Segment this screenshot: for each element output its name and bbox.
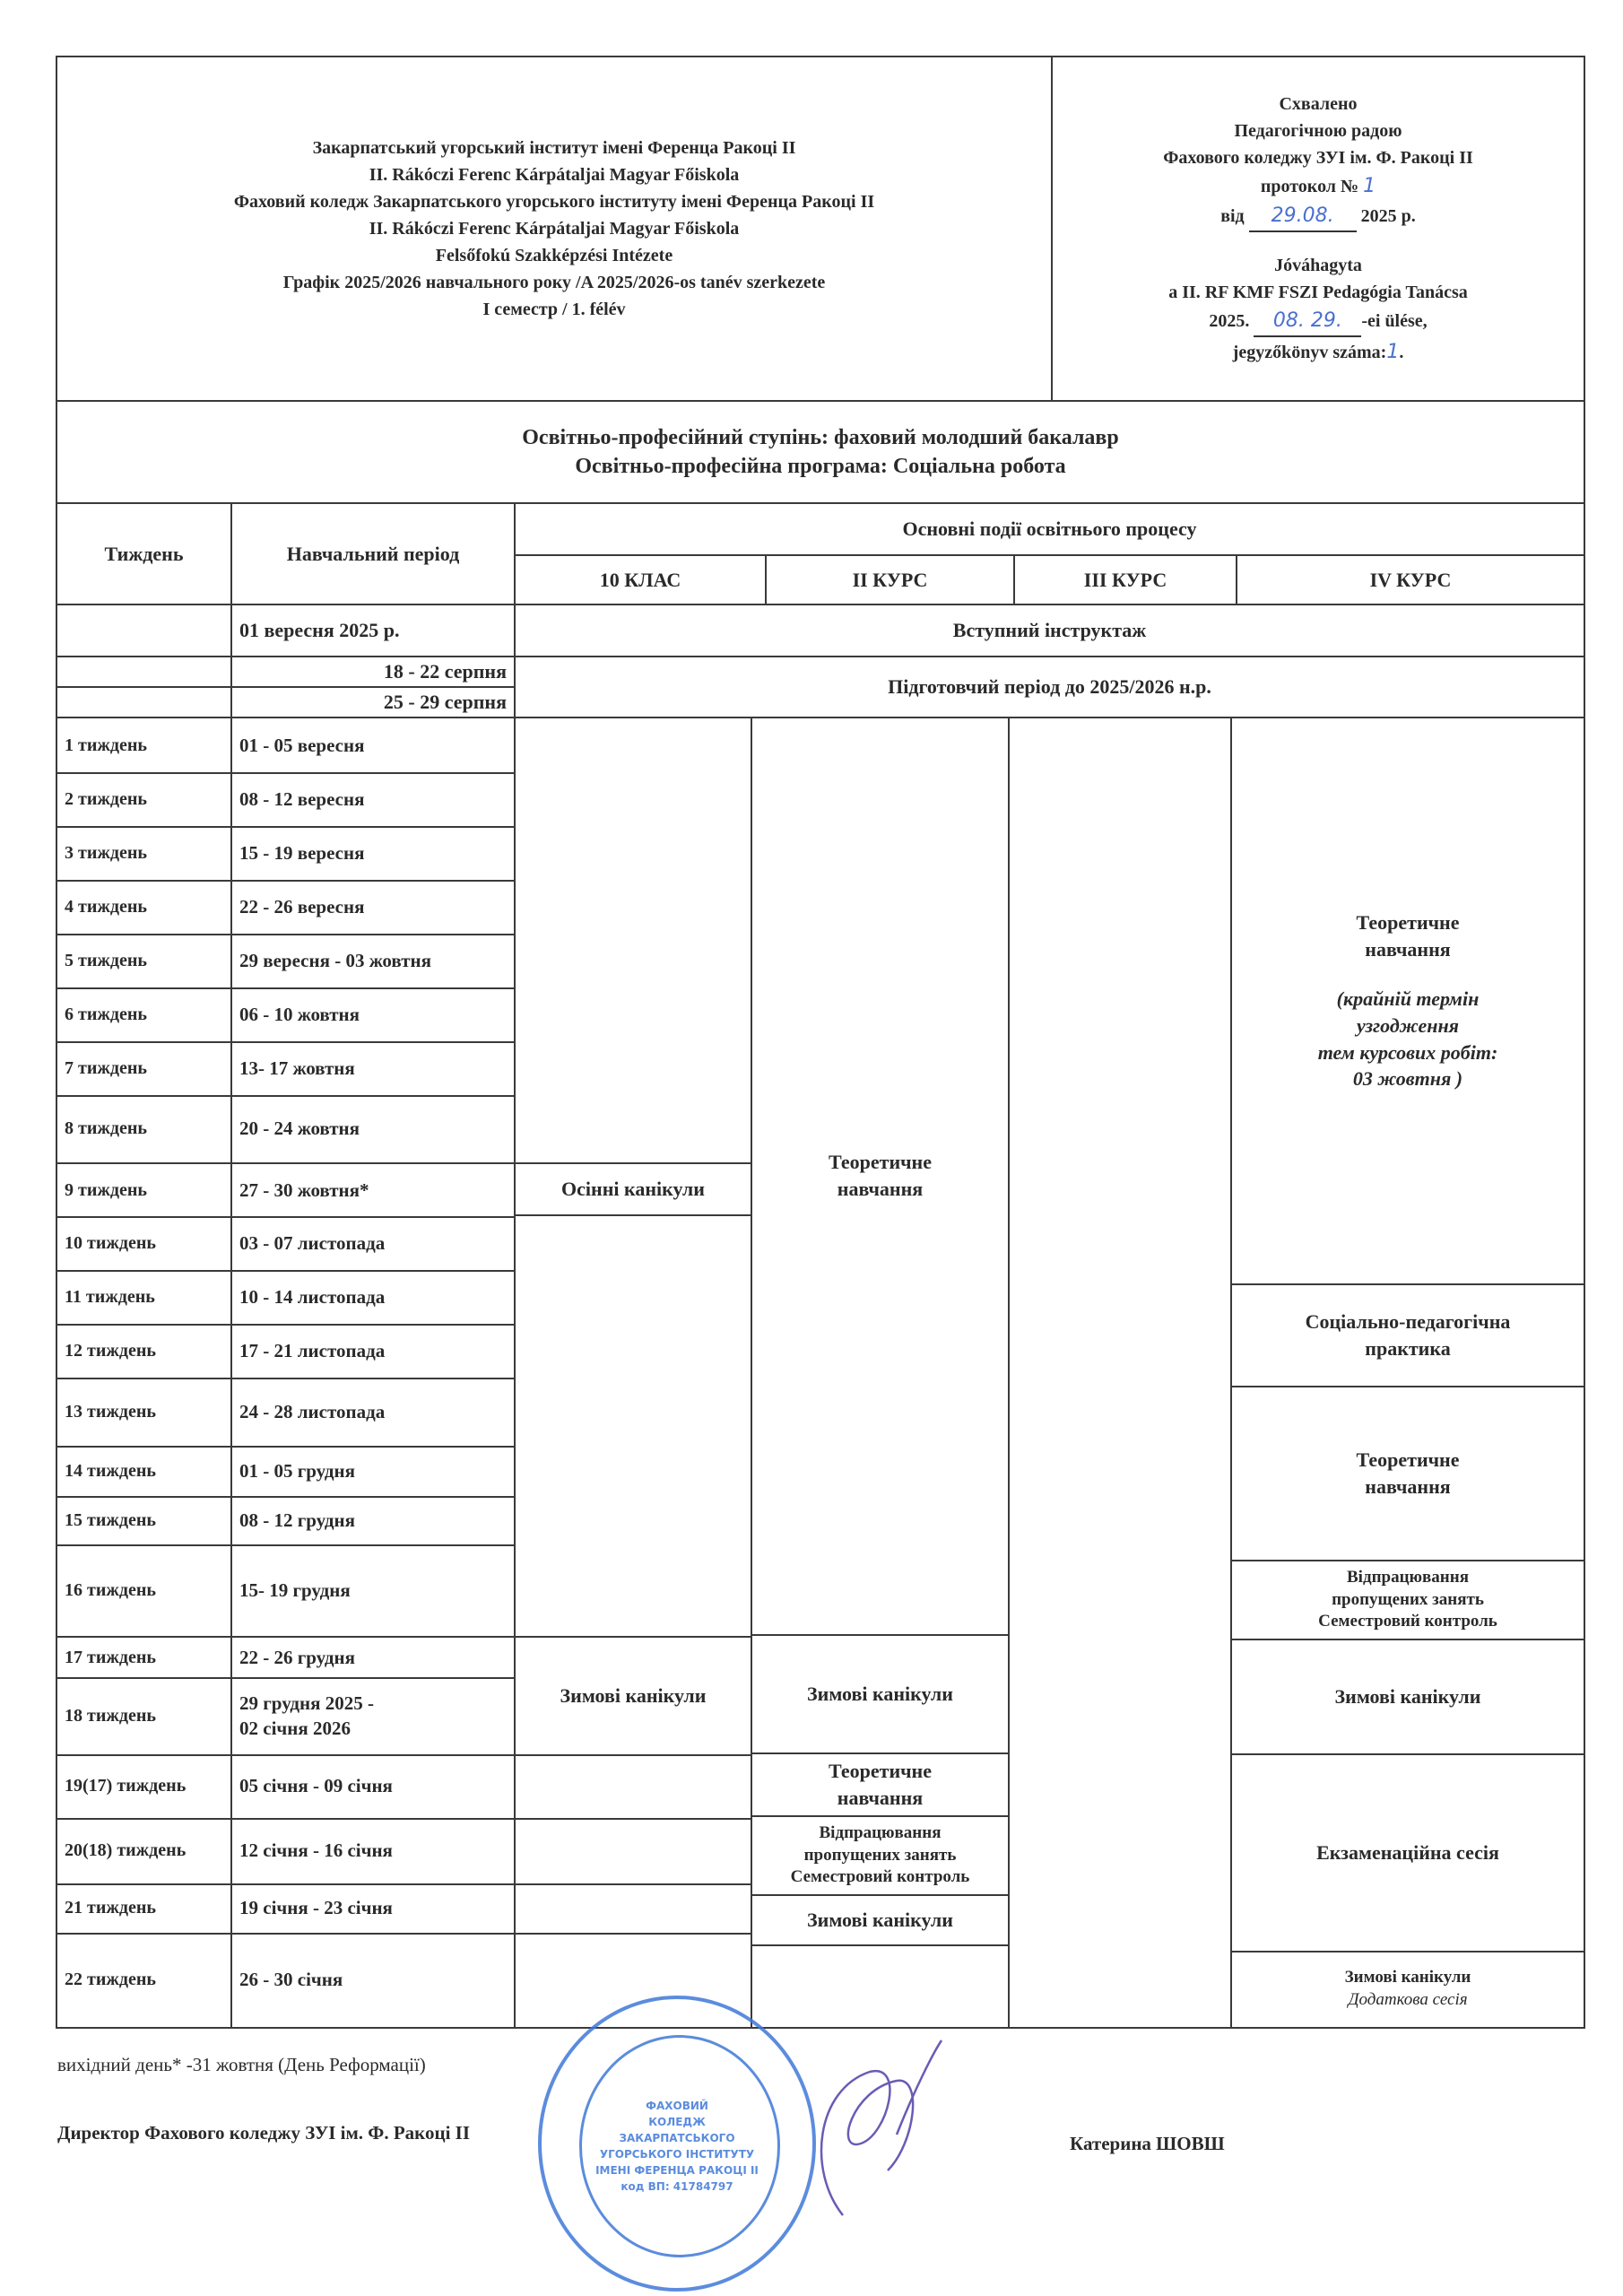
week-period: 15- 19 грудня — [232, 1544, 514, 1636]
protocol-line: jegyzőkönyv száma:1. — [1233, 337, 1404, 367]
week-label: 12 тиждень — [57, 1324, 230, 1378]
week-period: 20 - 24 жовтня — [232, 1095, 514, 1162]
border — [1584, 56, 1585, 2029]
week-period: 10 - 14 листопада — [232, 1270, 514, 1324]
prep-event: Підготовчий період до 2025/2026 н.р. — [516, 657, 1584, 717]
schedule-title: Графік 2025/2026 навчального року /A 202… — [283, 269, 826, 296]
event-text: Теоретичне — [1357, 1447, 1460, 1474]
column-divider — [1008, 717, 1010, 2027]
week-period: 17 - 21 листопада — [232, 1324, 514, 1378]
coursework-deadline: узгодження — [1357, 1013, 1459, 1039]
stamp-line: УГОРСЬКОГО ІНСТИТУТУ — [542, 2146, 812, 2162]
event-theory: Теоретичне навчання — [1232, 1387, 1584, 1560]
institution-line: Закарпатський угорський інститут імені Ф… — [313, 135, 796, 161]
week-label: 14 тиждень — [57, 1446, 230, 1496]
event-theory: Теоретичне навчання — [752, 1754, 1008, 1815]
event-makeup-control: Відпрацювання пропущених занять Семестро… — [752, 1817, 1008, 1894]
week-label: 22 тиждень — [57, 1933, 230, 2027]
prep-period: 25 - 29 серпня — [232, 688, 514, 717]
institution-line: II. Rákóczi Ferenc Kárpátaljai Magyar Fő… — [369, 161, 740, 188]
week-period: 26 - 30 січня — [232, 1933, 514, 2027]
week-period: 27 - 30 жовтня* — [232, 1164, 514, 1216]
event-makeup-control: Відпрацювання пропущених занять Семестро… — [1232, 1561, 1584, 1639]
stamp-line: код ВП: 41784797 — [542, 2179, 812, 2195]
week-label: 3 тиждень — [57, 826, 230, 880]
week-period: 24 - 28 листопада — [232, 1378, 514, 1446]
period-line: 02 січня 2026 — [239, 1716, 351, 1741]
program-info: Освітньо-професійний ступінь: фаховий мо… — [57, 402, 1584, 502]
week-label: 6 тиждень — [57, 987, 230, 1041]
week-period: 29 грудня 2025 -02 січня 2026 — [232, 1677, 514, 1754]
week-label: 8 тиждень — [57, 1095, 230, 1162]
approval-date: 29.08. — [1271, 204, 1334, 227]
date-line: від 29.08. 2025 р. — [1220, 201, 1416, 232]
event-text: Семестровий контроль — [791, 1866, 970, 1889]
group-header: ІІІ КУРС — [1015, 556, 1236, 604]
week-label: 2 тиждень — [57, 772, 230, 826]
stamp-line: ФАХОВИЙ — [542, 2098, 812, 2114]
intro-period: 01 вересня 2025 р. — [232, 605, 514, 656]
week-label: 5 тиждень — [57, 934, 230, 987]
event-text: Теоретичне — [1357, 909, 1460, 936]
group-header: IV КУРС — [1237, 556, 1584, 604]
event-text: навчання — [838, 1785, 923, 1812]
event-winter-additional: Зимові канікули Додаткова сесія — [1232, 1952, 1584, 2026]
event-autumn-break: Осінні канікули — [516, 1164, 751, 1214]
date-line: 2025. 08. 29.-ei ülése, — [1209, 306, 1427, 337]
event-text: Зимові канікули — [1345, 1967, 1471, 1989]
week-period: 22 - 26 грудня — [232, 1638, 514, 1677]
approval-block: Схвалено Педагогічною радою Фахового кол… — [1053, 57, 1584, 400]
group-header: ІІ КУРС — [767, 556, 1013, 604]
event-text: навчання — [1365, 1474, 1450, 1500]
event-exam-session: Екзаменаційна сесія — [1232, 1755, 1584, 1951]
group-header: 10 КЛАС — [516, 556, 765, 604]
semester-label: І семестр / 1. félév — [482, 296, 625, 323]
event-text: Теоретичне — [829, 1149, 932, 1176]
event-text: пропущених занять — [1332, 1589, 1484, 1612]
week-period: 29 вересня - 03 жовтня — [232, 934, 514, 987]
event-text: Відпрацювання — [820, 1822, 942, 1845]
border — [516, 1818, 751, 1820]
week-period: 03 - 07 листопада — [232, 1216, 514, 1270]
week-period: 13- 17 жовтня — [232, 1041, 514, 1095]
week-label: 17 тиждень — [57, 1638, 230, 1677]
header-week: Тиждень — [57, 504, 230, 604]
event-theory: Теоретичне навчання — [752, 718, 1008, 1633]
column-divider — [514, 502, 516, 2027]
signature — [789, 2036, 950, 2233]
week-period: 06 - 10 жовтня — [232, 987, 514, 1041]
approval-line: Jóváhagyta — [1274, 252, 1362, 279]
week-label: 11 тиждень — [57, 1270, 230, 1324]
week-period: 22 - 26 вересня — [232, 880, 514, 934]
stamp-line: ІМЕНІ ФЕРЕНЦА РАКОЦІ ІІ — [542, 2162, 812, 2179]
approval-line: Педагогічною радою — [1234, 117, 1402, 144]
event-text: навчання — [1365, 936, 1450, 963]
event-winter-break: Зимові канікули — [1232, 1640, 1584, 1753]
event-text: пропущених занять — [804, 1845, 957, 1867]
coursework-deadline: 03 жовтня ) — [1353, 1065, 1462, 1092]
education-programme: Освітньо-професійна програма: Соціальна … — [575, 452, 1065, 481]
week-period: 08 - 12 грудня — [232, 1496, 514, 1544]
border — [516, 1883, 751, 1885]
event-text: навчання — [838, 1176, 923, 1203]
coursework-deadline: (крайній термін — [1337, 986, 1480, 1013]
week-period: 05 січня - 09 січня — [232, 1754, 514, 1818]
week-label: 19(17) тиждень — [57, 1754, 230, 1818]
event-winter-break: Зимові канікули — [752, 1896, 1008, 1944]
coursework-deadline: тем курсових робіт: — [1318, 1039, 1498, 1066]
week-period: 01 - 05 вересня — [232, 718, 514, 772]
week-period: 01 - 05 грудня — [232, 1446, 514, 1496]
border — [752, 1944, 1008, 1946]
week-period: 19 січня - 23 січня — [232, 1883, 514, 1933]
institution-header: Закарпатський угорський інститут імені Ф… — [57, 57, 1051, 400]
event-practice: Соціально-педагогічна практика — [1232, 1285, 1584, 1386]
week-period: 08 - 12 вересня — [232, 772, 514, 826]
week-label: 10 тиждень — [57, 1216, 230, 1270]
institution-line: II. Rákóczi Ferenc Kárpátaljai Magyar Fő… — [369, 215, 740, 242]
education-level: Освітньо-професійний ступінь: фаховий мо… — [522, 423, 1118, 452]
week-label: 4 тиждень — [57, 880, 230, 934]
director-title: Директор Фахового коледжу ЗУІ ім. Ф. Рак… — [50, 2115, 606, 2151]
approval-date: 08. 29. — [1273, 309, 1342, 332]
week-label: 1 тиждень — [57, 718, 230, 772]
institution-line: Felsőfokú Szakképzési Intézete — [436, 242, 673, 269]
stamp-line: ЗАКАРПАТСЬКОГО — [542, 2130, 812, 2146]
week-label: 15 тиждень — [57, 1496, 230, 1544]
approval-line: Фахового коледжу ЗУІ ім. Ф. Ракоці ІІ — [1163, 144, 1473, 171]
week-label: 13 тиждень — [57, 1378, 230, 1446]
official-stamp: ФАХОВИЙ КОЛЕДЖ ЗАКАРПАТСЬКОГО УГОРСЬКОГО… — [538, 1996, 816, 2292]
period-line: 29 грудня 2025 - — [239, 1691, 374, 1716]
event-text: Семестровий контроль — [1318, 1611, 1497, 1633]
week-label: 21 тиждень — [57, 1883, 230, 1933]
protocol-number: 1 — [1363, 175, 1376, 197]
institution-line: Фаховий коледж Закарпатського угорського… — [234, 188, 874, 215]
week-period: 12 січня - 16 січня — [232, 1818, 514, 1883]
border — [516, 1933, 751, 1935]
border — [516, 1754, 751, 1756]
week-label: 7 тиждень — [57, 1041, 230, 1095]
event-text: практика — [1365, 1335, 1450, 1362]
protocol-number: 1 — [1386, 341, 1399, 363]
week-period: 15 - 19 вересня — [232, 826, 514, 880]
stamp-line: КОЛЕДЖ — [542, 2114, 812, 2130]
week-label: 9 тиждень — [57, 1164, 230, 1216]
prep-period: 18 - 22 серпня — [232, 657, 514, 686]
event-winter-break: Зимові канікули — [516, 1638, 751, 1754]
event-text: Відпрацювання — [1347, 1567, 1469, 1589]
event-text: Теоретичне — [829, 1758, 932, 1785]
border — [56, 2027, 1585, 2029]
intro-event: Вступний інструктаж — [516, 605, 1584, 656]
director-name: Катерина ШОВШ — [1063, 2126, 1332, 2161]
border — [516, 1214, 751, 1216]
approval-line: a II. RF KMF FSZI Pedagógia Tanácsa — [1168, 279, 1468, 306]
week-label: 20(18) тиждень — [57, 1818, 230, 1883]
week-label: 16 тиждень — [57, 1544, 230, 1636]
header-period: Навчальний період — [232, 504, 514, 604]
event-winter-break: Зимові канікули — [752, 1636, 1008, 1752]
week-label: 18 тиждень — [57, 1677, 230, 1754]
stamp-text: ФАХОВИЙ КОЛЕДЖ ЗАКАРПАТСЬКОГО УГОРСЬКОГО… — [542, 2098, 812, 2195]
header-events: Основні події освітнього процесу — [516, 504, 1584, 554]
event-text: Соціально-педагогічна — [1306, 1309, 1511, 1335]
event-theory-coursework: Теоретичне навчання (крайній термін узго… — [1232, 718, 1584, 1283]
event-text: Додаткова сесія — [1348, 1989, 1467, 2012]
approval-line: Схвалено — [1279, 91, 1357, 117]
protocol-line: протокол № 1 — [1261, 171, 1376, 201]
